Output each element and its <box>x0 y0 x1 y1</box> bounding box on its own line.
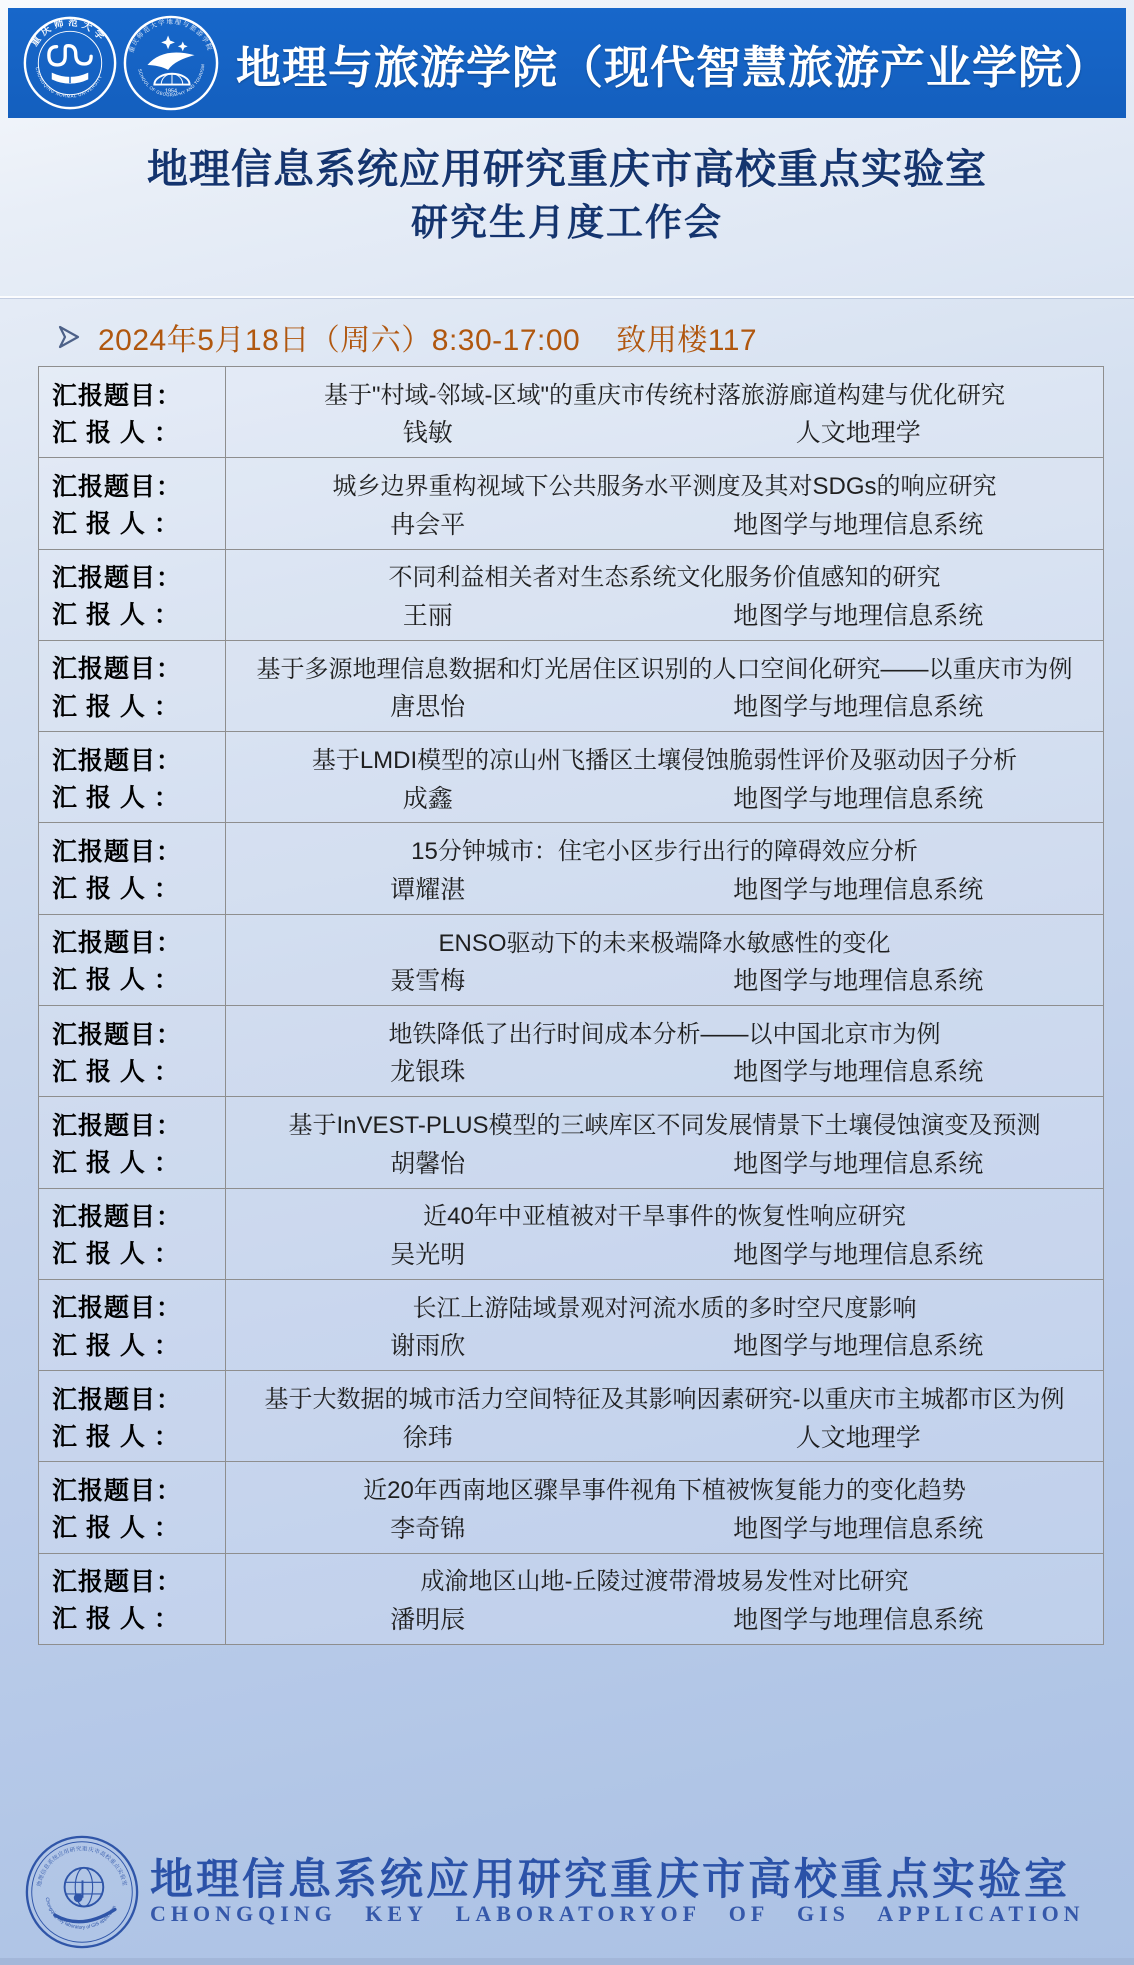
label-reporter: 汇 报 人 ： <box>52 869 225 905</box>
university-seal-icon: 重庆师范大学 CHONGQING NORMAL UNIVERSITY <box>22 15 118 111</box>
report-title: 基于多源地理信息数据和灯光居住区识别的人口空间化研究——以重庆市为例 <box>234 649 1095 684</box>
header-banner: 重庆师范大学 CHONGQING NORMAL UNIVERSITY 重庆师范大… <box>8 8 1126 118</box>
row-content: 基于InVEST-PLUS模型的三峡库区不同发展情景下土壤侵蚀演变及预测 胡馨怡… <box>226 1097 1103 1187</box>
reporter-name: 聂雪梅 <box>234 961 621 997</box>
label-reporter: 汇 报 人 ： <box>52 1508 225 1544</box>
label-report-title: 汇报题目： <box>52 1197 225 1233</box>
label-reporter: 汇 报 人 ： <box>52 504 225 540</box>
label-report-title: 汇报题目： <box>52 1471 225 1507</box>
schedule-datetime: 2024年5月18日（周六）8:30-17:00 <box>98 315 580 359</box>
table-row: 汇报题目： 汇 报 人 ： 近20年西南地区骤旱事件视角下植被恢复能力的变化趋势… <box>39 1461 1103 1552</box>
table-row: 汇报题目： 汇 报 人 ： 近40年中亚植被对干旱事件的恢复性响应研究 吴光明 … <box>39 1188 1103 1279</box>
svg-text:重庆师范大学地理与旅游学院: 重庆师范大学地理与旅游学院 <box>126 17 215 54</box>
reporter-major: 人文地理学 <box>621 1418 1095 1454</box>
label-report-title: 汇报题目： <box>52 1106 225 1142</box>
reporter-name: 潘明辰 <box>234 1600 621 1636</box>
row-labels: 汇报题目： 汇 报 人 ： <box>39 1462 226 1552</box>
report-title: 基于InVEST-PLUS模型的三峡库区不同发展情景下土壤侵蚀演变及预测 <box>234 1105 1095 1140</box>
reporter-name: 钱敏 <box>234 413 621 449</box>
label-reporter: 汇 报 人 ： <box>52 778 225 814</box>
row-labels: 汇报题目： 汇 报 人 ： <box>39 1554 226 1644</box>
row-content: 长江上游陆域景观对河流水质的多时空尺度影响 谢雨欣 地图学与地理信息系统 <box>226 1280 1103 1370</box>
report-title: 成渝地区山地-丘陵过渡带滑坡易发性对比研究 <box>234 1561 1095 1596</box>
school-seal-icon: 重庆师范大学地理与旅游学院 SCHOOL OF GEOGRAPHY AND TO… <box>122 14 220 112</box>
reporter-line: 王丽 地图学与地理信息系统 <box>234 596 1095 632</box>
reporter-major: 地图学与地理信息系统 <box>621 1144 1095 1180</box>
label-report-title: 汇报题目： <box>52 923 225 959</box>
label-report-title: 汇报题目： <box>52 649 225 685</box>
label-report-title: 汇报题目： <box>52 558 225 594</box>
row-content: 基于LMDI模型的凉山州飞播区土壤侵蚀脆弱性评价及驱动因子分析 成鑫 地图学与地… <box>226 732 1103 822</box>
reporter-major: 地图学与地理信息系统 <box>621 1235 1095 1271</box>
reporter-line: 胡馨怡 地图学与地理信息系统 <box>234 1144 1095 1180</box>
report-title: ENSO驱动下的未来极端降水敏感性的变化 <box>234 923 1095 958</box>
label-reporter: 汇 报 人 ： <box>52 595 225 631</box>
label-report-title: 汇报题目： <box>52 832 225 868</box>
label-reporter: 汇 报 人 ： <box>52 1599 225 1635</box>
reporter-major: 地图学与地理信息系统 <box>621 779 1095 815</box>
reporter-line: 谢雨欣 地图学与地理信息系统 <box>234 1326 1095 1362</box>
reporter-name: 胡馨怡 <box>234 1144 621 1180</box>
table-row: 汇报题目： 汇 报 人 ： 长江上游陆域景观对河流水质的多时空尺度影响 谢雨欣 … <box>39 1279 1103 1370</box>
row-content: ENSO驱动下的未来极端降水敏感性的变化 聂雪梅 地图学与地理信息系统 <box>226 915 1103 1005</box>
schedule-line: 2024年5月18日（周六）8:30-17:00 致用楼117 <box>56 315 757 359</box>
svg-text:1954: 1954 <box>165 88 177 94</box>
section-divider <box>0 296 1134 298</box>
label-reporter: 汇 报 人 ： <box>52 1052 225 1088</box>
table-row: 汇报题目： 汇 报 人 ： 15分钟城市：住宅小区步行出行的障碍效应分析 谭耀湛… <box>39 822 1103 913</box>
reporter-line: 徐玮 人文地理学 <box>234 1418 1095 1454</box>
report-table: 汇报题目： 汇 报 人 ： 基于"村域-邻域-区域"的重庆市传统村落旅游廊道构建… <box>38 366 1104 1645</box>
report-title: 近20年西南地区骤旱事件视角下植被恢复能力的变化趋势 <box>234 1470 1095 1505</box>
table-row: 汇报题目： 汇 报 人 ： 基于大数据的城市活力空间特征及其影响因素研究-以重庆… <box>39 1370 1103 1461</box>
reporter-name: 唐思怡 <box>234 687 621 723</box>
reporter-line: 潘明辰 地图学与地理信息系统 <box>234 1600 1095 1636</box>
report-title: 基于LMDI模型的凉山州飞播区土壤侵蚀脆弱性评价及驱动因子分析 <box>234 740 1095 775</box>
report-title: 近40年中亚植被对干旱事件的恢复性响应研究 <box>234 1196 1095 1231</box>
report-title: 基于"村域-邻域-区域"的重庆市传统村落旅游廊道构建与优化研究 <box>234 375 1095 410</box>
reporter-major: 地图学与地理信息系统 <box>621 687 1095 723</box>
row-content: 基于多源地理信息数据和灯光居住区识别的人口空间化研究——以重庆市为例 唐思怡 地… <box>226 641 1103 731</box>
row-labels: 汇报题目： 汇 报 人 ： <box>39 641 226 731</box>
row-content: 城乡边界重构视域下公共服务水平测度及其对SDGs的响应研究 冉会平 地图学与地理… <box>226 458 1103 548</box>
reporter-line: 龙银珠 地图学与地理信息系统 <box>234 1052 1095 1088</box>
page: { "header": { "banner_title": "地理与旅游学院（现… <box>0 0 1134 1965</box>
table-row: 汇报题目： 汇 报 人 ： 成渝地区山地-丘陵过渡带滑坡易发性对比研究 潘明辰 … <box>39 1553 1103 1644</box>
report-title: 15分钟城市：住宅小区步行出行的障碍效应分析 <box>234 831 1095 866</box>
reporter-major: 地图学与地理信息系统 <box>621 1052 1095 1088</box>
reporter-major: 地图学与地理信息系统 <box>621 961 1095 997</box>
table-row: 汇报题目： 汇 报 人 ： 不同利益相关者对生态系统文化服务价值感知的研究 王丽… <box>39 549 1103 640</box>
label-reporter: 汇 报 人 ： <box>52 1417 225 1453</box>
reporter-major: 地图学与地理信息系统 <box>621 870 1095 906</box>
reporter-name: 龙银珠 <box>234 1052 621 1088</box>
row-content: 近40年中亚植被对干旱事件的恢复性响应研究 吴光明 地图学与地理信息系统 <box>226 1189 1103 1279</box>
row-labels: 汇报题目： 汇 报 人 ： <box>39 1006 226 1096</box>
reporter-line: 李奇锦 地图学与地理信息系统 <box>234 1509 1095 1545</box>
row-labels: 汇报题目： 汇 报 人 ： <box>39 458 226 548</box>
row-labels: 汇报题目： 汇 报 人 ： <box>39 367 226 457</box>
footer-lab-name-en: CHONGQING KEY LABORATORYOF OF GIS APPLIC… <box>150 1901 1112 1927</box>
row-labels: 汇报题目： 汇 报 人 ： <box>39 1097 226 1187</box>
table-row: 汇报题目： 汇 报 人 ： 基于多源地理信息数据和灯光居住区识别的人口空间化研究… <box>39 640 1103 731</box>
reporter-line: 成鑫 地图学与地理信息系统 <box>234 779 1095 815</box>
reporter-name: 谢雨欣 <box>234 1326 621 1362</box>
label-report-title: 汇报题目： <box>52 1015 225 1051</box>
sub-title: 研究生月度工作会 <box>0 192 1134 246</box>
reporter-line: 吴光明 地图学与地理信息系统 <box>234 1235 1095 1271</box>
label-report-title: 汇报题目： <box>52 1380 225 1416</box>
label-reporter: 汇 报 人 ： <box>52 1326 225 1362</box>
row-labels: 汇报题目： 汇 报 人 ： <box>39 1189 226 1279</box>
row-labels: 汇报题目： 汇 报 人 ： <box>39 1371 226 1461</box>
arrow-bullet-icon <box>56 324 82 350</box>
row-labels: 汇报题目： 汇 报 人 ： <box>39 550 226 640</box>
reporter-name: 徐玮 <box>234 1418 621 1454</box>
label-reporter: 汇 报 人 ： <box>52 1143 225 1179</box>
row-content: 地铁降低了出行时间成本分析——以中国北京市为例 龙银珠 地图学与地理信息系统 <box>226 1006 1103 1096</box>
svg-text:重庆师范大学: 重庆师范大学 <box>28 16 109 48</box>
banner-title: 地理与旅游学院（现代智慧旅游产业学院） <box>236 31 1110 96</box>
row-labels: 汇报题目： 汇 报 人 ： <box>39 1280 226 1370</box>
report-title: 不同利益相关者对生态系统文化服务价值感知的研究 <box>234 557 1095 592</box>
footer-lab-name-cn: 地理信息系统应用研究重庆市高校重点实验室 <box>150 1846 1112 1907</box>
row-labels: 汇报题目： 汇 报 人 ： <box>39 823 226 913</box>
label-report-title: 汇报题目： <box>52 376 225 412</box>
lab-logo-icon: 地理信息系统应用研究重庆市高校重点实验室 Chongqing key labor… <box>24 1834 140 1955</box>
table-row: 汇报题目： 汇 报 人 ： 基于"村域-邻域-区域"的重庆市传统村落旅游廊道构建… <box>39 367 1103 457</box>
header-logos: 重庆师范大学 CHONGQING NORMAL UNIVERSITY 重庆师范大… <box>22 14 220 112</box>
label-report-title: 汇报题目： <box>52 1288 225 1324</box>
label-report-title: 汇报题目： <box>52 741 225 777</box>
label-report-title: 汇报题目： <box>52 1562 225 1598</box>
reporter-name: 王丽 <box>234 596 621 632</box>
row-content: 15分钟城市：住宅小区步行出行的障碍效应分析 谭耀湛 地图学与地理信息系统 <box>226 823 1103 913</box>
main-title: 地理信息系统应用研究重庆市高校重点实验室 <box>0 136 1134 195</box>
table-row: 汇报题目： 汇 报 人 ： 城乡边界重构视域下公共服务水平测度及其对SDGs的响… <box>39 457 1103 548</box>
row-labels: 汇报题目： 汇 报 人 ： <box>39 732 226 822</box>
reporter-major: 地图学与地理信息系统 <box>621 1509 1095 1545</box>
row-content: 不同利益相关者对生态系统文化服务价值感知的研究 王丽 地图学与地理信息系统 <box>226 550 1103 640</box>
bottom-strip <box>0 1958 1134 1965</box>
reporter-major: 地图学与地理信息系统 <box>621 505 1095 541</box>
report-title: 城乡边界重构视域下公共服务水平测度及其对SDGs的响应研究 <box>234 466 1095 501</box>
report-title: 长江上游陆域景观对河流水质的多时空尺度影响 <box>234 1288 1095 1323</box>
reporter-major: 地图学与地理信息系统 <box>621 596 1095 632</box>
reporter-name: 李奇锦 <box>234 1509 621 1545</box>
table-row: 汇报题目： 汇 报 人 ： 基于LMDI模型的凉山州飞播区土壤侵蚀脆弱性评价及驱… <box>39 731 1103 822</box>
row-content: 基于"村域-邻域-区域"的重庆市传统村落旅游廊道构建与优化研究 钱敏 人文地理学 <box>226 367 1103 457</box>
reporter-major: 人文地理学 <box>621 413 1095 449</box>
reporter-major: 地图学与地理信息系统 <box>621 1326 1095 1362</box>
reporter-line: 钱敏 人文地理学 <box>234 413 1095 449</box>
report-title: 基于大数据的城市活力空间特征及其影响因素研究-以重庆市主城都市区为例 <box>234 1379 1095 1414</box>
row-content: 近20年西南地区骤旱事件视角下植被恢复能力的变化趋势 李奇锦 地图学与地理信息系… <box>226 1462 1103 1552</box>
label-report-title: 汇报题目： <box>52 467 225 503</box>
table-row: 汇报题目： 汇 报 人 ： ENSO驱动下的未来极端降水敏感性的变化 聂雪梅 地… <box>39 914 1103 1005</box>
reporter-name: 成鑫 <box>234 779 621 815</box>
reporter-line: 冉会平 地图学与地理信息系统 <box>234 505 1095 541</box>
reporter-name: 吴光明 <box>234 1235 621 1271</box>
label-reporter: 汇 报 人 ： <box>52 1234 225 1270</box>
row-content: 成渝地区山地-丘陵过渡带滑坡易发性对比研究 潘明辰 地图学与地理信息系统 <box>226 1554 1103 1644</box>
reporter-line: 唐思怡 地图学与地理信息系统 <box>234 687 1095 723</box>
row-content: 基于大数据的城市活力空间特征及其影响因素研究-以重庆市主城都市区为例 徐玮 人文… <box>226 1371 1103 1461</box>
report-title: 地铁降低了出行时间成本分析——以中国北京市为例 <box>234 1014 1095 1049</box>
reporter-major: 地图学与地理信息系统 <box>621 1600 1095 1636</box>
label-reporter: 汇 报 人 ： <box>52 960 225 996</box>
table-row: 汇报题目： 汇 报 人 ： 地铁降低了出行时间成本分析——以中国北京市为例 龙银… <box>39 1005 1103 1096</box>
label-reporter: 汇 报 人 ： <box>52 687 225 723</box>
schedule-location: 致用楼117 <box>616 315 757 359</box>
row-labels: 汇报题目： 汇 报 人 ： <box>39 915 226 1005</box>
reporter-name: 冉会平 <box>234 505 621 541</box>
reporter-line: 谭耀湛 地图学与地理信息系统 <box>234 870 1095 906</box>
label-reporter: 汇 报 人 ： <box>52 413 225 449</box>
reporter-line: 聂雪梅 地图学与地理信息系统 <box>234 961 1095 997</box>
reporter-name: 谭耀湛 <box>234 870 621 906</box>
table-row: 汇报题目： 汇 报 人 ： 基于InVEST-PLUS模型的三峡库区不同发展情景… <box>39 1096 1103 1187</box>
